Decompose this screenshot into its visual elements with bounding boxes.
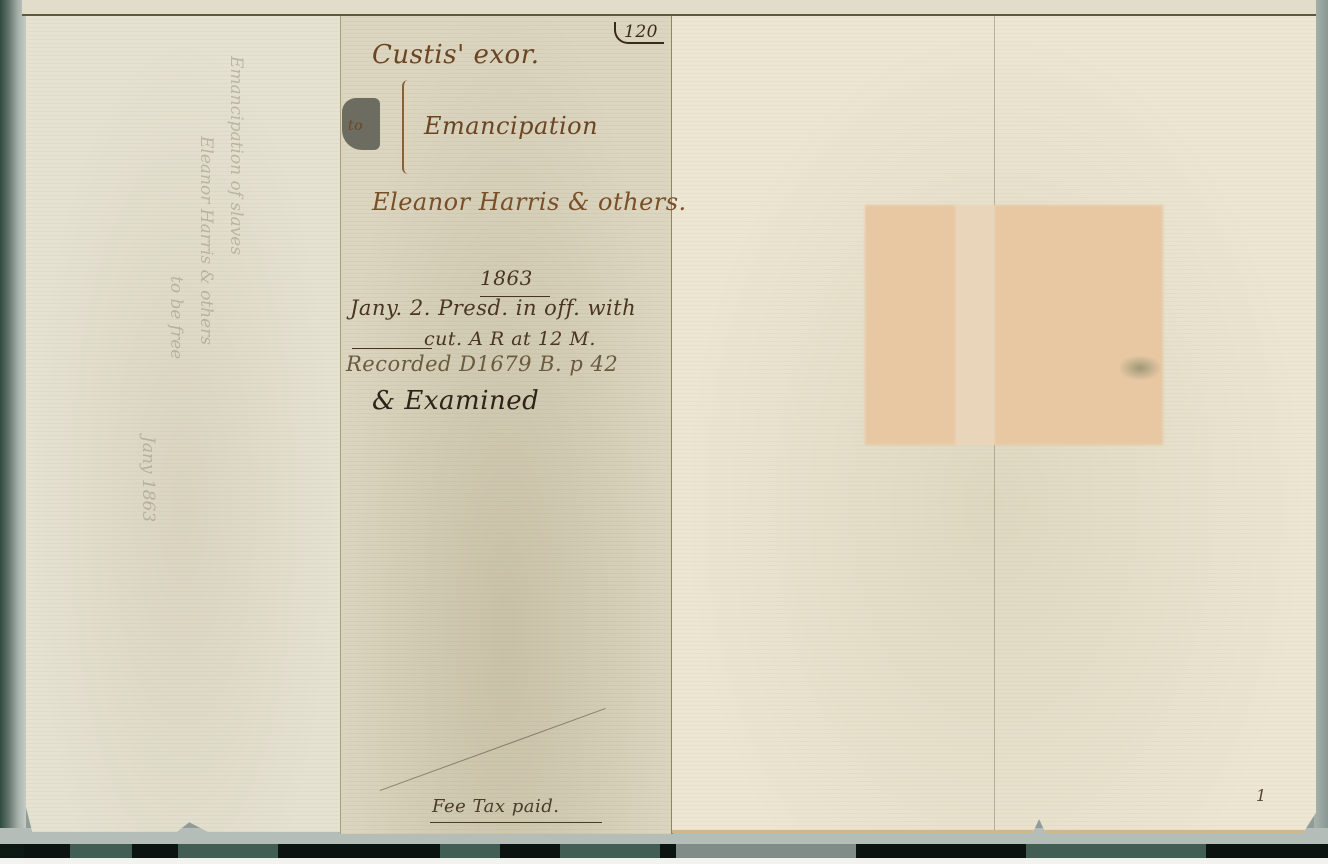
bleed-through-text: to be free — [166, 276, 186, 359]
revenue-stamp-stain — [865, 205, 1163, 445]
document-panel-left: Emancipation of slaves Eleanor Harris & … — [26, 16, 340, 832]
folio-number: 120 — [614, 22, 664, 44]
color-scale-bar — [0, 844, 1328, 858]
case-title: Custis' exor. — [372, 40, 540, 70]
fee-note: Fee Tax paid. — [432, 796, 560, 817]
docket-entry: cut. A R at 12 M. — [424, 328, 596, 350]
bleed-through-text: Eleanor Harris & others — [196, 136, 216, 345]
stamp-residue — [1118, 355, 1162, 381]
case-type: Emancipation — [424, 112, 598, 140]
docket-entry: Jany. 2. Presd. in off. with — [350, 296, 636, 320]
scan-bottom-edge — [0, 858, 1328, 864]
docket-entry-examined: & Examined — [372, 386, 539, 416]
docket-year: 1863 — [480, 266, 533, 290]
bleed-through-text: Emancipation of slaves — [226, 56, 246, 255]
margin-mark: 1 — [1256, 786, 1267, 805]
scan-backdrop-left — [0, 0, 26, 864]
entry-divider — [352, 348, 432, 349]
docket-entry-recorded: Recorded D1679 B. p 42 — [346, 352, 618, 376]
bleed-through-text: Jany 1863 — [138, 436, 158, 522]
party-name: Eleanor Harris & others. — [372, 188, 687, 216]
upper-fold-strip — [22, 0, 1316, 16]
fee-note-underline — [430, 822, 602, 823]
scan-backdrop-right — [1314, 0, 1328, 864]
versus-label: to — [348, 118, 363, 134]
brace-mark — [402, 80, 414, 174]
